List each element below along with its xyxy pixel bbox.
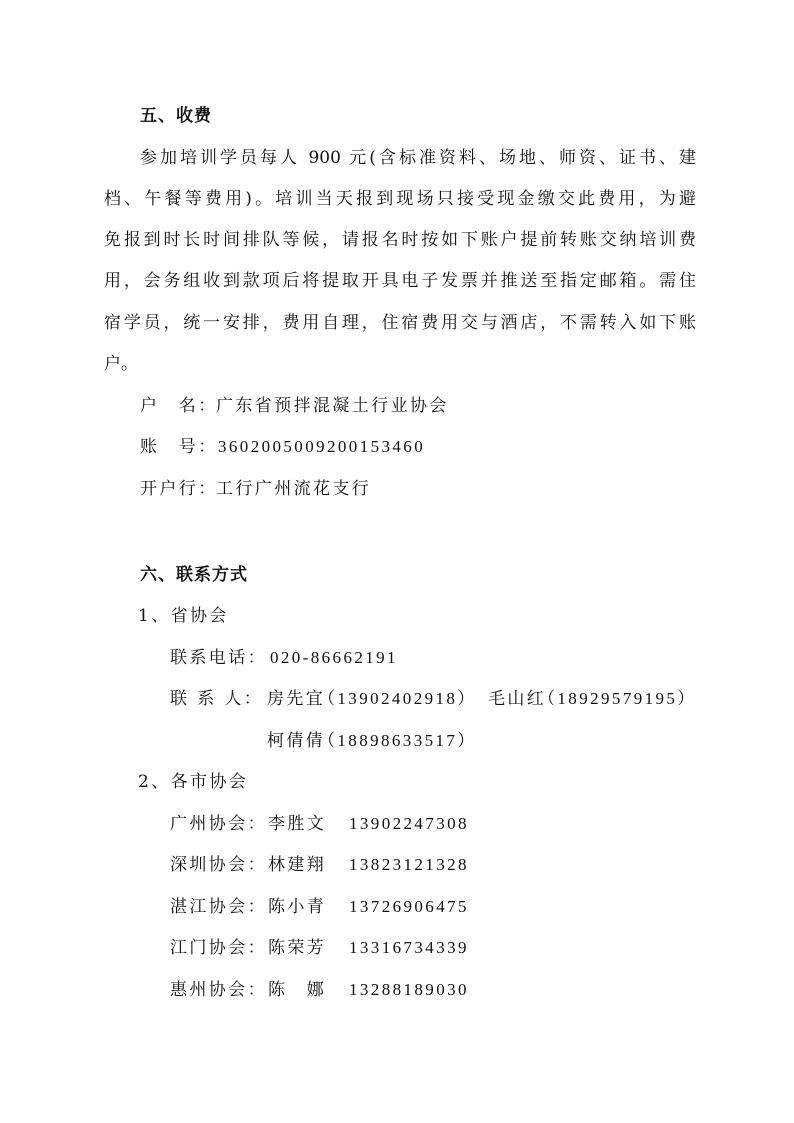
city-association-name: 深圳协会： bbox=[170, 853, 267, 877]
fees-paragraph-line: 用，会务组收到款项后将提取开具电子发票并推送至指定邮箱。需住 bbox=[104, 269, 696, 293]
section-heading-fees: 五、收费 bbox=[140, 104, 212, 128]
contact-phone: （18898633517） bbox=[318, 729, 477, 753]
phone-label: 联系电话： bbox=[170, 646, 267, 670]
fees-paragraph-line: 户。 bbox=[104, 352, 696, 376]
city-contact-phone: 13316734339 bbox=[349, 936, 469, 960]
fees-paragraph-line: 宿学员，统一安排，费用自理，住宿费用交与酒店，不需转入如下账 bbox=[104, 311, 696, 335]
city-contact-phone: 13726906475 bbox=[349, 895, 469, 919]
account-name-label: 户 名： bbox=[140, 394, 218, 418]
city-contact-person: 陈小青 bbox=[268, 895, 326, 919]
contacts-label: 联 系 人： bbox=[170, 687, 263, 711]
bank-value: 工行广州流花支行 bbox=[216, 477, 371, 501]
city-contact-person: 陈 娜 bbox=[268, 978, 326, 1002]
fees-paragraph-line: 档、午餐等费用)。培训当天报到现场只接受现金缴交此费用，为避 bbox=[104, 187, 696, 211]
city-association-name: 惠州协会： bbox=[170, 978, 267, 1002]
contact-phone: （13902402918） bbox=[318, 687, 477, 711]
contact-name: 柯倩倩 bbox=[267, 729, 325, 753]
city-association-name: 湛江协会： bbox=[170, 895, 267, 919]
city-contact-person: 林建翔 bbox=[268, 853, 326, 877]
bank-label: 开户行： bbox=[140, 477, 218, 501]
city-contact-person: 李胜文 bbox=[268, 812, 326, 836]
city-association-name: 江门协会： bbox=[170, 936, 267, 960]
contact-name: 房先宜 bbox=[267, 687, 325, 711]
city-contact-phone: 13823121328 bbox=[349, 853, 469, 877]
account-name-value: 广东省预拌混凝土行业协会 bbox=[216, 394, 449, 418]
contact-phone: （18929579195） bbox=[538, 687, 697, 711]
provincial-association-title: 1、省协会 bbox=[138, 604, 229, 628]
city-associations-title: 2、各市协会 bbox=[138, 770, 248, 794]
city-contact-person: 陈荣芳 bbox=[268, 936, 326, 960]
city-contact-phone: 13902247308 bbox=[349, 812, 469, 836]
account-number-value: 3602005009200153460 bbox=[218, 435, 425, 459]
document-page: 五、收费 参加培训学员每人 900 元(含标准资料、场地、师资、证书、建 档、午… bbox=[0, 0, 794, 1123]
city-association-name: 广州协会： bbox=[170, 812, 267, 836]
phone-value: 020-86662191 bbox=[270, 646, 398, 670]
fees-paragraph-line: 参加培训学员每人 900 元(含标准资料、场地、师资、证书、建 bbox=[140, 146, 696, 170]
fees-paragraph-line: 免报到时长时间排队等候，请报名时按如下账户提前转账交纳培训费 bbox=[104, 228, 696, 252]
account-number-label: 账 号： bbox=[140, 435, 218, 459]
section-heading-contact: 六、联系方式 bbox=[140, 563, 248, 587]
city-contact-phone: 13288189030 bbox=[349, 978, 469, 1002]
